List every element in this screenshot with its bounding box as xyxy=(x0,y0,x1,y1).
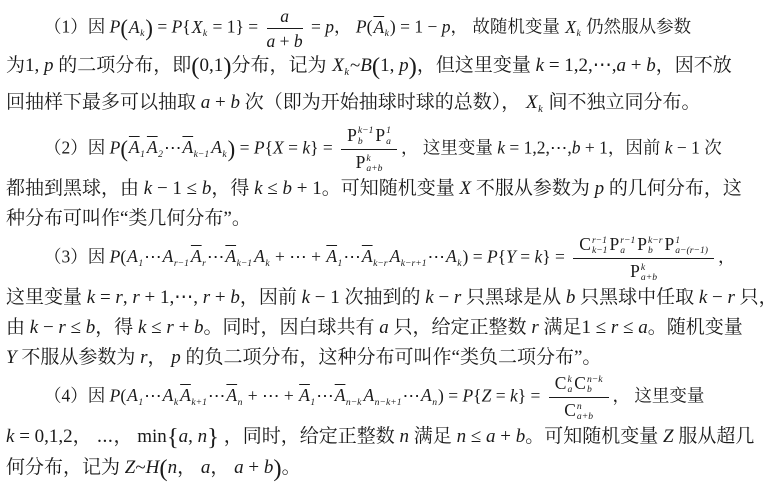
text-run: ⋯ xyxy=(403,385,421,405)
text-line: 回抽样下最多可以抽取 a + b 次（即为开始抽球时球的总数）， Xk 间不独立… xyxy=(6,88,777,125)
paragraph-item-2: （2）因 P(A1A2⋯Ak−1Ak) = P{X = k} = Pk−1bP1… xyxy=(6,125,777,234)
text-line: Y 不服从参数为 r， p 的负二项分布，这种分布可叫作“类负二项分布”。 xyxy=(6,343,777,373)
complement-var: A1 xyxy=(326,241,342,278)
math-var: Z xyxy=(482,385,492,405)
subscript: a+b xyxy=(641,273,657,283)
text-run: 回抽样下最多可以抽取 xyxy=(6,92,201,113)
var-base: A xyxy=(191,246,202,266)
subscripted-var: Xk xyxy=(565,12,580,49)
math-var: P xyxy=(110,17,121,37)
text-run: ) = 1 − xyxy=(390,17,442,37)
var-subscript: n xyxy=(432,397,437,408)
text-run: − 1 次抽到的 xyxy=(310,287,425,308)
text-run: ， xyxy=(210,457,234,478)
big-delimiter: ( xyxy=(159,455,167,482)
math-var: r xyxy=(203,287,210,308)
math-var: r xyxy=(58,317,65,338)
text-line: k = 0,1,2， ⋯， min{a, n} ，同时，给定正整数 n 满足 n… xyxy=(6,422,777,453)
text-run: 。 xyxy=(282,457,301,478)
text-run: （3）因 xyxy=(44,246,110,266)
symbol-base: P xyxy=(347,125,357,145)
math-var: b xyxy=(646,55,656,76)
math-var: k xyxy=(144,178,152,199)
text-run: ⋯ xyxy=(207,246,225,266)
sub-sup-stack: n−kb xyxy=(587,375,603,395)
symbol-base: C xyxy=(555,373,567,393)
sub-sup-stack: 1a−(r−1) xyxy=(675,236,708,256)
subscript: a+b xyxy=(366,164,382,174)
math-var: b xyxy=(264,457,274,478)
math-var: Z xyxy=(125,457,136,478)
var-subscript: k−r+1 xyxy=(401,258,427,269)
text-run: + xyxy=(626,55,646,76)
math-var: n xyxy=(400,426,410,447)
text-run: − xyxy=(38,317,58,338)
subscript: a xyxy=(386,137,391,147)
math-var: a xyxy=(234,457,244,478)
big-delimiter: ( xyxy=(372,53,380,80)
text-run: ( xyxy=(367,17,373,37)
math-var: a xyxy=(201,457,211,478)
text-run: ~ xyxy=(350,55,360,76)
text-run: 的二项分布，即 xyxy=(54,55,192,76)
subscript: k−1 xyxy=(592,246,608,256)
fraction: Pk−1bP1aPka+b xyxy=(341,125,397,174)
text-run: 满足 xyxy=(409,426,457,447)
fraction: Cr−1k−1Pr−1aPk−rbP1a−(r−1)Pka+b xyxy=(573,234,714,283)
text-run: 只黑球中任取 xyxy=(575,287,699,308)
var-subscript: k xyxy=(385,28,389,39)
text-run: 仍然服从参数 xyxy=(582,17,691,37)
text-run: ( xyxy=(120,246,126,266)
text-run: 不服从参数为 xyxy=(471,178,595,199)
text-run: （1）因 xyxy=(44,17,110,37)
math-var: r xyxy=(166,317,173,338)
denominator: Pka+b xyxy=(573,259,714,283)
subscript: b xyxy=(587,385,603,395)
text-run: + xyxy=(496,426,516,447)
complement-var: A1 xyxy=(299,380,315,417)
numerator: Cr−1k−1Pr−1aPk−rbP1a−(r−1) xyxy=(573,234,714,259)
text-run: = xyxy=(491,385,510,405)
text-run: 何分布，记为 xyxy=(6,457,125,478)
text-run: 次（即为开始抽球时球的总数）， xyxy=(240,92,525,113)
text-run: { xyxy=(473,385,481,405)
subscript: b xyxy=(648,246,663,256)
math-var: P xyxy=(110,246,121,266)
denominator: Pka+b xyxy=(341,150,397,174)
math-var: a xyxy=(486,426,496,447)
text-run: + xyxy=(174,317,194,338)
text-run: = xyxy=(516,246,535,266)
text-run: ， xyxy=(148,347,172,368)
text-run: ) = xyxy=(463,246,487,266)
text-run: ≤ xyxy=(263,178,283,199)
var-base: A xyxy=(225,246,236,266)
var-base: X xyxy=(192,17,203,37)
math-var: a xyxy=(379,317,389,338)
var-base: A xyxy=(129,137,140,157)
math-var: r xyxy=(132,287,139,308)
var-subscript: k xyxy=(265,258,269,269)
big-delimiter: ) xyxy=(223,53,231,80)
text-line: 这里变量 k = r, r + 1,⋯, r + b，因前 k − 1 次抽到的… xyxy=(6,283,777,313)
text-run: 为1, xyxy=(6,55,44,76)
text-line: 由 k − r ≤ b，得 k ≤ r + b。同时，因白球共有 a 只，给定正… xyxy=(6,313,777,343)
math-var: n xyxy=(168,457,178,478)
var-subscript: 1 xyxy=(138,258,143,269)
text-run: = xyxy=(95,287,115,308)
text-run: = xyxy=(284,137,303,157)
big-delimiter: } xyxy=(207,424,219,451)
var-subscript: k xyxy=(174,397,178,408)
var-subscript: 1 xyxy=(138,397,143,408)
text-run: 的几何分布，这 xyxy=(604,178,742,199)
var-base: A xyxy=(326,246,337,266)
math-var: Z xyxy=(663,426,674,447)
text-run: ⋯ xyxy=(144,385,162,405)
math-var: a xyxy=(638,317,648,338)
text-run: , xyxy=(188,426,198,447)
symbol-base: C xyxy=(574,373,586,393)
text-line: （2）因 P(A1A2⋯Ak−1Ak) = P{X = k} = Pk−1bP1… xyxy=(6,125,777,174)
text-run: 由 xyxy=(6,317,30,338)
math-var: P xyxy=(172,17,183,37)
text-run: + 1，因前 xyxy=(581,137,665,157)
math-var: p xyxy=(44,55,54,76)
math-var: a xyxy=(179,426,189,447)
text-run: ⋯ xyxy=(343,246,361,266)
var-subscript: n−k xyxy=(346,397,362,408)
text-run: 都抽到黑球，由 xyxy=(6,178,144,199)
math-var: p xyxy=(325,17,334,37)
var-subscript: k−r xyxy=(373,258,388,269)
var-base: X xyxy=(332,55,344,76)
var-base: A xyxy=(129,17,140,37)
text-run: ， 这里变量 xyxy=(401,137,497,157)
var-base: A xyxy=(335,385,346,405)
text-run: （4）因 xyxy=(44,385,110,405)
text-run: 只黑球是从 xyxy=(461,287,566,308)
counting-symbol: P1a xyxy=(375,125,391,147)
math-var: a xyxy=(280,6,289,26)
text-line: 种分布可叫作“类几何分布”。 xyxy=(6,204,777,234)
subscripted-var: Ak xyxy=(129,12,144,49)
text-run: 间不独立同分布。 xyxy=(544,92,701,113)
complement-var: Ak−1 xyxy=(225,241,252,278)
math-var: p xyxy=(171,347,181,368)
var-base: X xyxy=(526,92,538,113)
complement-var: Ak xyxy=(373,12,388,49)
paragraph-item-1: （1）因 P(Ak) = P{Xk = 1} = aa + b = p， P(A… xyxy=(6,6,777,125)
math-var: P xyxy=(356,17,367,37)
math-var: k xyxy=(497,137,505,157)
subscripted-var: Ak xyxy=(254,241,269,278)
math-var: b xyxy=(194,317,204,338)
var-base: A xyxy=(254,246,265,266)
var-subscript: n−k+1 xyxy=(375,397,402,408)
var-subscript: k xyxy=(576,28,580,39)
text-run: ，但这里变量 xyxy=(417,55,536,76)
text-run: ，得 xyxy=(95,317,138,338)
math-var: k xyxy=(30,317,38,338)
math-var: Y xyxy=(6,347,17,368)
text-run: + xyxy=(275,31,294,51)
symbol-base: P xyxy=(665,234,675,254)
text-run: 1, xyxy=(380,55,399,76)
sub-sup-stack: k−1b xyxy=(358,126,374,146)
subscript: a+b xyxy=(577,412,593,422)
var-subscript: 1 xyxy=(310,397,315,408)
text-run: ≤ xyxy=(66,317,86,338)
var-subscript: 1 xyxy=(338,258,343,269)
symbol-base: C xyxy=(579,234,591,254)
sub-sup-stack: na+b xyxy=(577,402,593,422)
sub-sup-stack: ka+b xyxy=(366,154,382,174)
math-var: b xyxy=(572,137,581,157)
math-var: B xyxy=(360,55,372,76)
var-subscript: k+1 xyxy=(191,397,207,408)
math-var: b xyxy=(86,317,96,338)
var-base: A xyxy=(226,385,237,405)
text-run: } = xyxy=(310,137,337,157)
numerator: Pk−1bP1a xyxy=(341,125,397,150)
sub-sup-stack: r−1k−1 xyxy=(592,236,608,256)
var-base: A xyxy=(180,385,191,405)
text-run: − xyxy=(434,287,454,308)
math-var: b xyxy=(283,178,293,199)
var-base: A xyxy=(163,246,174,266)
var-subscript: k xyxy=(457,258,461,269)
complement-var: Ar xyxy=(191,241,206,278)
text-run: 只，给定正整数 xyxy=(389,317,532,338)
denominator: a + b xyxy=(267,29,303,51)
subscripted-var: A1 xyxy=(127,241,143,278)
math-var: P xyxy=(110,385,121,405)
text-run: ⋯ xyxy=(144,246,162,266)
complement-var: Ak−1 xyxy=(182,132,209,169)
text-run: ，因前 xyxy=(240,287,302,308)
math-var: b xyxy=(230,287,240,308)
math-var: P xyxy=(487,246,498,266)
subscripted-var: Ak xyxy=(211,132,226,169)
var-base: X xyxy=(565,17,576,37)
var-base: A xyxy=(163,385,174,405)
text-run: 。同时，因白球共有 xyxy=(204,317,380,338)
sub-sup-stack: 1a xyxy=(386,126,391,146)
subscript: a xyxy=(620,246,635,256)
text-run: ⋯ xyxy=(208,385,226,405)
text-run: { xyxy=(265,137,273,157)
text-run: ) = xyxy=(438,385,462,405)
text-run: ~ xyxy=(135,457,145,478)
math-var: X xyxy=(273,137,284,157)
math-var: k xyxy=(302,287,310,308)
counting-symbol: Cna+b xyxy=(564,400,593,422)
complement-var: Ak−r xyxy=(362,241,388,278)
text-run: 服从超几 xyxy=(674,426,755,447)
text-run: − 1 ≤ xyxy=(152,178,202,199)
var-subscript: 1 xyxy=(140,149,145,160)
text-run: 。随机变量 xyxy=(648,317,743,338)
var-base: A xyxy=(127,246,138,266)
math-var: b xyxy=(230,92,240,113)
complement-var: An−k xyxy=(335,380,362,417)
complement-var: A2 xyxy=(147,132,163,169)
subscripted-var: Ak xyxy=(163,380,178,417)
var-base: A xyxy=(390,246,401,266)
symbol-base: C xyxy=(564,400,576,420)
text-run: + xyxy=(210,92,230,113)
math-var: b xyxy=(516,426,526,447)
subscript: a−(r−1) xyxy=(675,246,708,256)
counting-symbol: Pk−1b xyxy=(347,125,373,147)
math-var: r xyxy=(531,317,538,338)
text-run: 。可知随机变量 xyxy=(525,426,663,447)
subscripted-var: Ar−1 xyxy=(163,241,189,278)
math-var: a xyxy=(267,31,276,51)
math-var: b xyxy=(294,31,303,51)
text-run: ， xyxy=(718,246,736,266)
counting-symbol: Cn−kb xyxy=(574,373,602,395)
text-run: { xyxy=(182,17,190,37)
symbol-base: P xyxy=(630,261,640,281)
subscripted-var: Xk xyxy=(192,12,207,49)
math-var: p xyxy=(442,17,451,37)
text-run: ≤ xyxy=(466,426,486,447)
big-delimiter: ) xyxy=(409,53,417,80)
text-run: , xyxy=(123,287,133,308)
big-delimiter: ) xyxy=(273,455,281,482)
math-var: r xyxy=(115,287,122,308)
text-run: 只， xyxy=(735,287,778,308)
math-var: k xyxy=(510,385,518,405)
big-delimiter: ( xyxy=(120,15,128,40)
subscripted-var: Ak−r+1 xyxy=(390,241,427,278)
text-run: } = xyxy=(542,246,569,266)
text-run: = 1} = xyxy=(208,17,262,37)
text-run: ≤ xyxy=(618,317,638,338)
var-subscript: r−1 xyxy=(174,258,189,269)
symbol-base: P xyxy=(356,152,366,172)
var-base: A xyxy=(373,17,384,37)
text-run: + xyxy=(244,457,264,478)
math-var: a xyxy=(617,55,627,76)
var-subscript: k−1 xyxy=(237,258,253,269)
sub-sup-stack: r−1a xyxy=(620,236,635,256)
var-base: A xyxy=(211,137,222,157)
text-run: ⋯ xyxy=(428,246,446,266)
big-delimiter: { xyxy=(167,424,179,451)
text-run: + ⋯ + xyxy=(243,385,298,405)
text-run: 0,1 xyxy=(200,55,224,76)
text-line: 为1, p 的二项分布，即(0,1)分布，记为 Xk~B(1, p)，但这里变量… xyxy=(6,51,777,88)
text-run: 不服从参数为 xyxy=(17,347,141,368)
text-run: ⋯ xyxy=(316,385,334,405)
text-line: 都抽到黑球，由 k − 1 ≤ b，得 k ≤ b + 1。可知随机变量 X 不… xyxy=(6,174,777,204)
math-var: Y xyxy=(506,246,516,266)
math-var: a xyxy=(201,92,211,113)
var-subscript: k xyxy=(222,149,226,160)
subscripted-var: Ak xyxy=(446,241,461,278)
math-var: b xyxy=(566,287,576,308)
text-run: ， 这里变量 xyxy=(613,385,705,405)
counting-symbol: Pk−rb xyxy=(637,234,662,256)
var-base: A xyxy=(299,385,310,405)
text-line: （3）因 P(A1⋯Ar−1Ar⋯Ak−1Ak + ⋯ + A1⋯Ak−rAk−… xyxy=(6,234,777,283)
math-var: k xyxy=(87,287,95,308)
text-run: = xyxy=(153,17,172,37)
symbol-base: P xyxy=(375,125,385,145)
var-base: A xyxy=(446,246,457,266)
text-run: ，得 xyxy=(211,178,254,199)
fraction: aa + b xyxy=(267,6,303,51)
var-subscript: k−1 xyxy=(194,149,210,160)
counting-symbol: Pka+b xyxy=(356,152,383,174)
math-var: r xyxy=(140,347,147,368)
var-base: A xyxy=(182,137,193,157)
var-base: A xyxy=(362,246,373,266)
var-base: A xyxy=(127,385,138,405)
sub-sup-stack: ka+b xyxy=(641,263,657,283)
big-delimiter: ( xyxy=(120,136,128,161)
math-var: k xyxy=(665,137,673,157)
text-run: 种分布可叫作“类几何分布”。 xyxy=(6,208,251,229)
fraction: CkaCn−kbCna+b xyxy=(549,373,609,422)
text-run: ( xyxy=(120,385,126,405)
text-run: ， xyxy=(334,17,356,37)
symbol-base: P xyxy=(610,234,620,254)
var-subscript: k xyxy=(140,28,144,39)
math-var: k xyxy=(302,137,310,157)
symbol-base: P xyxy=(637,234,647,254)
text-run: 满足1 ≤ xyxy=(539,317,611,338)
text-run: } = xyxy=(518,385,545,405)
subscripted-var: An xyxy=(421,380,437,417)
denominator: Cna+b xyxy=(549,398,609,422)
text-run: ⋯ xyxy=(164,137,182,157)
sub-sup-stack: ka xyxy=(567,375,572,395)
math-var: n xyxy=(457,426,467,447)
var-subscript: k xyxy=(203,28,207,39)
math-var: P xyxy=(462,385,473,405)
math-var: k xyxy=(536,55,544,76)
var-subscript: k xyxy=(344,67,349,78)
text-run: ， xyxy=(177,457,201,478)
text-run: ≤ xyxy=(146,317,166,338)
text-run: （2）因 xyxy=(44,137,110,157)
text-run: ，同时，给定正整数 xyxy=(219,426,400,447)
math-var: p xyxy=(595,178,605,199)
counting-symbol: Cka xyxy=(555,373,573,395)
math-var: P xyxy=(254,137,265,157)
var-base: A xyxy=(147,137,158,157)
var-subscript: n xyxy=(238,397,243,408)
text-run: = 1,2,⋯, xyxy=(505,137,572,157)
text-run: − xyxy=(707,287,727,308)
math-var: X xyxy=(459,178,471,199)
counting-symbol: Pr−1a xyxy=(610,234,636,256)
text-run: { xyxy=(498,246,506,266)
text-run: ， 故随机变量 xyxy=(451,17,565,37)
math-var: r xyxy=(728,287,735,308)
complement-var: A1 xyxy=(129,132,145,169)
subscripted-var: A1 xyxy=(127,380,143,417)
text-run: + 1。可知随机变量 xyxy=(292,178,459,199)
subscripted-var: Xk xyxy=(332,51,349,88)
math-var: k xyxy=(254,178,262,199)
text-line: （1）因 P(Ak) = P{Xk = 1} = aa + b = p， P(A… xyxy=(6,6,777,51)
